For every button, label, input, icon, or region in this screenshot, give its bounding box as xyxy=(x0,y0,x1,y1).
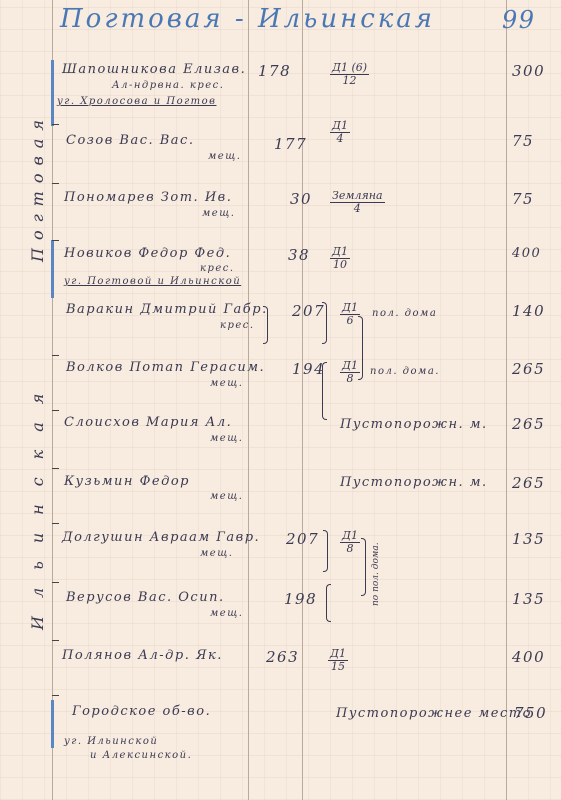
owner-class: мещ. xyxy=(202,208,235,219)
value: 265 xyxy=(512,360,545,378)
grouping-bracket xyxy=(323,530,328,572)
owner-name: Новиков Федор Фед. xyxy=(64,246,231,261)
plot-fraction: Д1 15 xyxy=(328,648,348,673)
owner-class: крес. xyxy=(200,263,235,274)
owner-class: Ал-ндрвна. крес. xyxy=(112,80,224,91)
owner-class: мещ. xyxy=(208,151,241,162)
grouping-bracket xyxy=(361,538,366,596)
record-number: 198 xyxy=(284,590,317,608)
record-number: 30 xyxy=(290,190,312,208)
owner-name: Городское об-во. xyxy=(72,704,211,719)
plot-denominator: 4 xyxy=(336,132,343,145)
plot-note: пол. дома. xyxy=(370,366,440,377)
value: 750 xyxy=(514,704,547,722)
owner-address: уг. Ильинской xyxy=(64,736,158,747)
owner-name: Шапошникова Елизав. xyxy=(62,62,246,77)
owner-class: мещ. xyxy=(210,608,243,619)
row-divider-tick xyxy=(52,124,59,125)
owner-name: Кузьмин Федор xyxy=(64,474,190,489)
plot-note: пол. дома xyxy=(372,308,437,319)
value: 265 xyxy=(512,415,545,433)
owner-name: Варакин Дмитрий Габр. xyxy=(66,302,268,317)
plot-denominator: 12 xyxy=(343,74,357,87)
plot-fraction: Д1 10 xyxy=(330,246,350,271)
owner-name: Полянов Ал-др. Як. xyxy=(62,648,223,663)
value: 140 xyxy=(512,302,545,320)
owner-name: Созов Вас. Вас. xyxy=(66,133,194,148)
record-number: 177 xyxy=(274,135,307,153)
plot-denominator: 6 xyxy=(346,314,353,327)
owner-name: Пономарев Зот. Ив. xyxy=(64,190,232,205)
plot-note: по пол. дома. xyxy=(371,542,381,606)
row-divider-tick xyxy=(52,695,59,696)
owner-class: мещ. xyxy=(210,433,243,444)
value: 75 xyxy=(512,190,534,208)
page-number: 99 xyxy=(502,6,536,34)
row-divider-tick xyxy=(52,582,59,583)
value: 135 xyxy=(512,590,545,608)
value: 400 xyxy=(512,246,541,261)
plot-fraction: Д1 8 xyxy=(340,530,360,555)
record-number: 263 xyxy=(266,648,299,666)
value: 400 xyxy=(512,648,545,666)
plot-denominator: 4 xyxy=(354,202,361,215)
plot-fraction: Д1 8 xyxy=(340,360,360,385)
value: 300 xyxy=(512,62,545,80)
plot-note: Пустопорожн. м. xyxy=(340,475,488,490)
plot-fraction: Д1 6 xyxy=(340,302,360,327)
value: 265 xyxy=(512,474,545,492)
group-marker-bar xyxy=(51,240,54,298)
owner-address: уг. Погтовой и Ильинской xyxy=(64,276,241,287)
value: 135 xyxy=(512,530,545,548)
group-marker-bar xyxy=(51,700,54,748)
owner-address-line2: и Алексинской. xyxy=(90,750,192,761)
row-divider-tick xyxy=(52,240,59,241)
record-number: 178 xyxy=(258,62,291,80)
row-divider-tick xyxy=(52,640,59,641)
grouping-bracket xyxy=(322,302,327,344)
plot-fraction: Земляна 4 xyxy=(330,190,385,215)
side-label-lower: Ильинская xyxy=(28,376,47,630)
plot-denominator: 15 xyxy=(331,660,345,673)
plot-fraction: Д1 4 xyxy=(330,120,350,145)
plot-fraction: Д1 (6) 12 xyxy=(330,62,369,87)
ledger-page: Погтовая - Ильинская 99 Погтовая Ильинск… xyxy=(0,0,561,800)
row-divider-tick xyxy=(52,183,59,184)
grouping-bracket xyxy=(326,584,331,622)
plot-denominator: 8 xyxy=(346,542,353,555)
record-number: 194 xyxy=(292,360,325,378)
row-divider-tick xyxy=(52,468,59,469)
column-rule-plot xyxy=(302,0,303,800)
plot-note: Пустопорожн. м. xyxy=(340,417,488,432)
value: 75 xyxy=(512,132,534,150)
owner-address: уг. Хролосова и Погтов xyxy=(57,96,216,107)
owner-class: мещ. xyxy=(200,548,233,559)
owner-name: Волков Потап Герасим. xyxy=(66,360,265,375)
row-divider-tick xyxy=(52,410,59,411)
plot-denominator: 8 xyxy=(346,372,353,385)
column-rule-value xyxy=(506,0,507,800)
row-divider-tick xyxy=(52,355,59,356)
row-divider-tick xyxy=(52,523,59,524)
record-number: 38 xyxy=(288,246,310,264)
side-label-upper: Погтовая xyxy=(28,112,47,262)
owner-name: Верусов Вас. Осип. xyxy=(66,590,225,605)
column-rule-number xyxy=(248,0,249,800)
owner-class: мещ. xyxy=(210,491,243,502)
record-number: 207 xyxy=(286,530,319,548)
group-marker-bar xyxy=(51,60,54,126)
owner-name: Слоисхов Мария Ал. xyxy=(64,415,232,430)
plot-note: Пустопорожнее место xyxy=(336,706,532,721)
owner-class: мещ. xyxy=(210,378,243,389)
grouping-bracket xyxy=(322,362,327,420)
page-title: Погтовая - Ильинская xyxy=(60,4,435,34)
record-number: 207 xyxy=(292,302,325,320)
plot-denominator: 10 xyxy=(333,258,347,271)
owner-name: Долгушин Авраам Гавр. xyxy=(62,530,260,545)
grouping-bracket xyxy=(263,306,268,344)
owner-class: крес. xyxy=(220,320,255,331)
